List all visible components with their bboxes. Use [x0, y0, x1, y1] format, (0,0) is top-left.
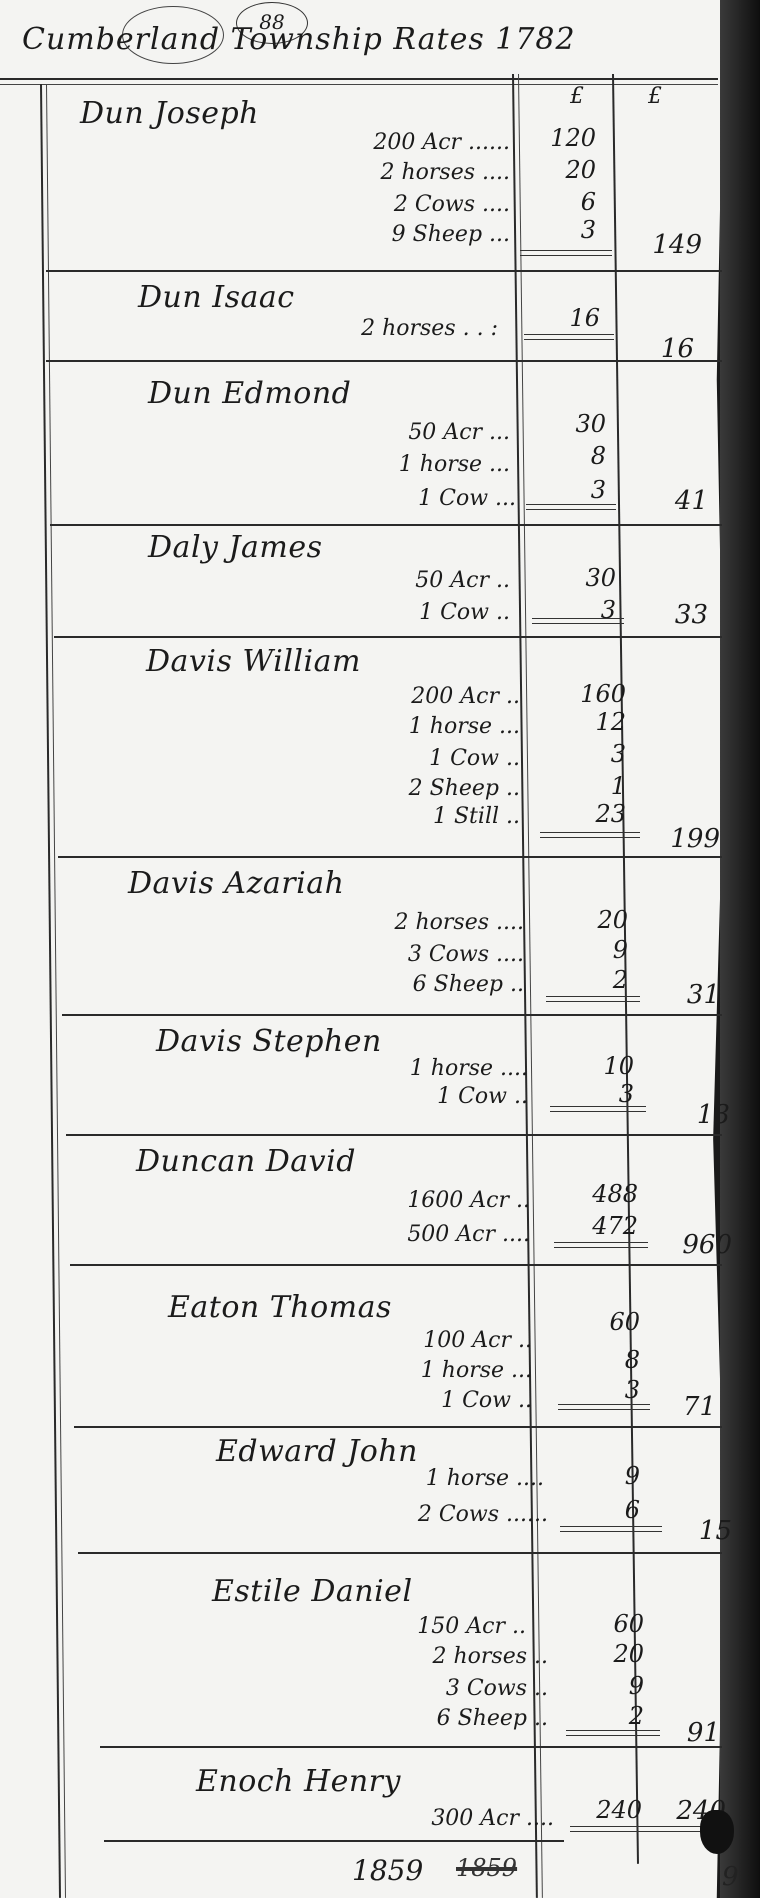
item-value: 12: [566, 708, 626, 736]
item-value: 9: [580, 1462, 640, 1490]
item-value: 488: [578, 1180, 638, 1208]
entry-divider: [46, 360, 722, 362]
item-desc: 9 Sheep ...: [392, 222, 510, 247]
subtotal-rule: [560, 1526, 662, 1532]
item-desc: 2 horses ....: [381, 160, 511, 185]
item-value: 160: [566, 680, 626, 708]
item-desc: 1600 Acr ..: [407, 1188, 530, 1213]
item-desc: 1 horse ...: [399, 452, 510, 477]
item-desc: 1 Cow ..: [441, 1388, 532, 1413]
item-value: 3: [536, 216, 596, 244]
subtotal-rule: [532, 618, 624, 624]
item-value: 3: [574, 1080, 634, 1108]
item-desc: 50 Acr ..: [415, 568, 510, 593]
item-value: 1: [566, 772, 626, 800]
entry-total: 41: [628, 486, 708, 516]
taxpayer-name: Edward John: [216, 1434, 418, 1469]
entry-divider: [78, 1552, 722, 1554]
item-desc: 6 Sheep ..: [437, 1706, 548, 1731]
item-value: 3: [566, 740, 626, 768]
entry-divider: [100, 1746, 722, 1748]
entry-divider: [58, 856, 722, 858]
item-value: 6: [580, 1496, 640, 1524]
entry-divider: [54, 636, 722, 638]
entry-divider: [46, 270, 722, 272]
subtotal-rule: [526, 504, 616, 510]
corner-mark: 9: [722, 1862, 739, 1892]
taxpayer-name: Dun Joseph: [80, 96, 259, 131]
total-currency-header: £: [648, 84, 662, 109]
subtotal-rule: [520, 250, 612, 256]
item-desc: 1 horse ....: [410, 1056, 528, 1081]
item-desc: 50 Acr ...: [408, 420, 510, 445]
entry-total: 960: [652, 1230, 732, 1260]
taxpayer-name: Davis Azariah: [128, 866, 344, 901]
entry-total: 71: [636, 1392, 716, 1422]
entry-divider: [74, 1426, 722, 1428]
item-value: 20: [536, 156, 596, 184]
item-desc: 2 Cows ......: [418, 1502, 548, 1527]
item-value: 8: [580, 1346, 640, 1374]
item-value: 8: [546, 442, 606, 470]
item-value: 30: [546, 410, 606, 438]
grand-total: 1859: [352, 1854, 423, 1887]
item-desc: 200 Acr ......: [373, 130, 510, 155]
entry-total: 149: [622, 230, 702, 260]
item-desc: 1 Cow ..: [429, 746, 520, 771]
item-value: 9: [568, 936, 628, 964]
item-value: 10: [574, 1052, 634, 1080]
item-value: 3: [546, 476, 606, 504]
taxpayer-name: Eaton Thomas: [168, 1290, 392, 1325]
item-desc: 1 Cow ...: [418, 486, 516, 511]
item-desc: 1 horse ...: [409, 714, 520, 739]
taxpayer-name: Duncan David: [136, 1144, 356, 1179]
item-value: 23: [566, 800, 626, 828]
subtotal-rule: [540, 832, 640, 838]
scan-background-edge: [720, 0, 760, 1898]
item-value: 9: [584, 1672, 644, 1700]
value-currency-header: £: [570, 84, 584, 109]
subtotal-rule: [524, 334, 614, 340]
item-desc: 150 Acr ..: [417, 1614, 526, 1639]
entry-total: 91: [640, 1718, 720, 1748]
item-desc: 1 horse ...: [421, 1358, 532, 1383]
subtotal-rule: [550, 1106, 646, 1112]
item-desc: 100 Acr ..: [423, 1328, 532, 1353]
item-desc: 1 Still ..: [433, 804, 520, 829]
item-desc: 3 Cows ....: [408, 942, 524, 967]
entry-divider: [62, 1014, 722, 1016]
item-desc: 6 Sheep ..: [413, 972, 524, 997]
item-value: 3: [580, 1376, 640, 1404]
item-value: 20: [584, 1640, 644, 1668]
entry-total: 13: [650, 1100, 730, 1130]
entry-divider: [50, 524, 722, 526]
item-desc: 1 Cow ..: [419, 600, 510, 625]
header-rule: [0, 78, 718, 80]
item-value: 2: [568, 966, 628, 994]
item-desc: 200 Acr ..: [411, 684, 520, 709]
taxpayer-name: Daly James: [148, 530, 323, 565]
entry-divider: [66, 1134, 722, 1136]
item-value: 2: [584, 1702, 644, 1730]
item-desc: 2 horses . . :: [361, 316, 498, 341]
struck-grand-total: 1859: [456, 1854, 517, 1882]
item-desc: 2 horses ....: [395, 910, 525, 935]
taxpayer-name: Dun Isaac: [138, 280, 295, 315]
item-desc: 1 Cow ..: [437, 1084, 528, 1109]
item-value: 20: [568, 906, 628, 934]
item-value: 6: [536, 188, 596, 216]
item-value: 60: [584, 1610, 644, 1638]
item-desc: 2 Cows ....: [394, 192, 510, 217]
item-desc: 1 horse ....: [426, 1466, 544, 1491]
item-value: 30: [556, 564, 616, 592]
taxpayer-name: Enoch Henry: [196, 1764, 401, 1799]
entry-total: 31: [640, 980, 720, 1010]
taxpayer-name: Davis William: [146, 644, 361, 679]
taxpayer-name: Davis Stephen: [156, 1024, 382, 1059]
document-title: Cumberland Township Rates 1782: [22, 22, 576, 57]
entry-divider: [70, 1264, 722, 1266]
subtotal-rule: [546, 996, 640, 1002]
header-rule-inner: [0, 84, 718, 85]
item-value: 472: [578, 1212, 638, 1240]
item-value: 60: [580, 1308, 640, 1336]
item-desc: 2 Sheep ..: [409, 776, 520, 801]
ink-blot: [700, 1810, 734, 1854]
entry-total: 199: [640, 824, 720, 854]
item-desc: 500 Acr ....: [407, 1222, 530, 1247]
entry-total: 15: [652, 1516, 732, 1546]
item-value: 240: [582, 1796, 642, 1824]
taxpayer-name: Dun Edmond: [148, 376, 351, 411]
taxpayer-name: Estile Daniel: [212, 1574, 413, 1609]
entry-divider: [104, 1840, 564, 1842]
entry-total: 33: [628, 600, 708, 630]
item-desc: 3 Cows ..: [446, 1676, 548, 1701]
item-value: 16: [540, 304, 600, 332]
item-desc: 300 Acr ....: [431, 1806, 554, 1831]
subtotal-rule: [554, 1242, 648, 1248]
item-value: 120: [536, 124, 596, 152]
item-desc: 2 horses ..: [433, 1644, 549, 1669]
